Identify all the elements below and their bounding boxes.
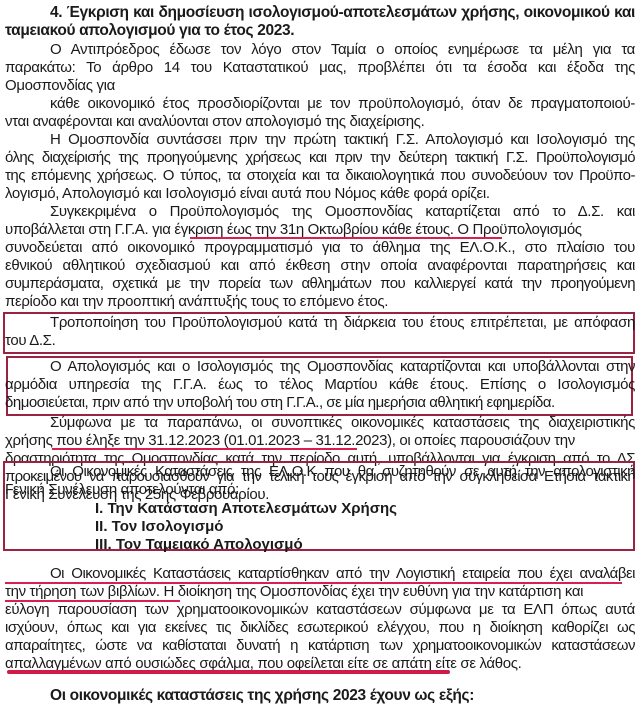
closing-heading: Οι οικονομικές καταστάσεις της χρήσης 20… (50, 687, 639, 705)
paragraph-9-line: απαραίτητες, ώστε να καθίσταται δυνατή η… (5, 637, 635, 655)
boxed-paragraph-6-line: δημοσιεύεται, πριν από την υποβολή του σ… (5, 394, 635, 412)
red-underline-annotation (7, 670, 450, 674)
statement-item: I. Την Κατάσταση Αποτελεσμάτων Χρήσης (95, 500, 397, 518)
paragraph-3-line: όλης διαχείρισής της προηγούμενης χρήσεω… (5, 149, 635, 167)
paragraph-1-line: Ο Αντιπρόεδρος έδωσε τον λόγο στον Ταμία… (5, 41, 635, 59)
boxed-paragraph-8-line: Γενική Συνέλευση αποτελούνται από: (5, 481, 635, 499)
paragraph-4-line: Συγκεκριμένα ο Προϋπολογισμός της Ομοσπο… (5, 203, 635, 221)
paragraph-3-line: λογισμό, Απολογισμό και Ισολογισμό είναι… (5, 185, 635, 203)
paragraph-9-line: Οι Οικονομικές Καταστάσεις καταρτίσθηκαν… (5, 565, 635, 583)
text-segment: Ο Προϋπολογισμός (454, 221, 582, 238)
paragraph-4-line: συνοδεύεται από οικονομικό προγραμματισμ… (5, 239, 635, 257)
boxed-paragraph-6-line: αρμόδια υπηρεσία της Γ.Γ.Α. έως το τέλος… (5, 376, 635, 394)
paragraph-9-line: ισχύουν, όπως και για εκείνες τις δικλίδ… (5, 619, 635, 637)
section-heading-line-2: ταμειακού απολογισμού για το έτος 2023. (5, 22, 635, 40)
paragraph-1-line: παρακάτω: Το άρθρο 14 του Καταστατικού μ… (5, 59, 635, 77)
underlined-bookkeeping: την τήρηση των βιβλίων. (5, 583, 160, 600)
paragraph-2-line: νται αναφέρονται και αναλύονται στον απο… (5, 113, 635, 131)
boxed-paragraph-8-line: Οι Οικονομικές Καταστάσεις της ΕΛ.Ο.Κ πο… (5, 463, 635, 481)
text-segment: Η διοίκηση της Ομοσπονδίας έχει την ευθύ… (160, 583, 583, 600)
paragraph-2-line: κάθε οικονομικό έτος προσδιορίζονται με … (5, 95, 635, 113)
paragraph-1-line: Ομοσπονδίας για (5, 77, 635, 95)
boxed-paragraph-5-line: του Δ.Σ. (5, 332, 635, 350)
paragraph-3-line: της επόμενης χρήσεως. Ο τύπος, τα στοιχε… (5, 167, 635, 185)
paragraph-4-line: εθνικού αθλητικού σχεδιασμού και από έκθ… (5, 257, 635, 275)
section-heading-line-1: 4. Έγκριση και δημοσίευση ισολογισμού-απ… (5, 4, 635, 22)
underlined-deadline: για έγκριση έως την 31η Οκτωβρίου κάθε έ… (152, 221, 454, 238)
statement-item: II. Τον Ισολογισμό (95, 518, 223, 536)
underlined-period: που έληξε την 31.12.2023 (01.01.2023 – 3… (56, 432, 395, 449)
paragraph-9-line-underlined: την τήρηση των βιβλίων. Η διοίκηση της Ο… (5, 583, 635, 601)
boxed-paragraph-6-line: Ο Απολογισμός και ο Ισολογισμός της Ομοσ… (5, 358, 635, 376)
paragraph-4-line: συμπεράσματα, σχετικά με την πορεία των … (5, 275, 635, 293)
text-segment: οι οποίες παρουσιάζουν την (396, 432, 575, 449)
text-segment: υποβάλλεται στη Γ.Γ.Α. (5, 221, 152, 238)
document-page: 4. Έγκριση και δημοσίευση ισολογισμού-απ… (0, 0, 639, 709)
paragraph-9-line: εύλογη παρουσίαση των χρηματοοικονομικών… (5, 601, 635, 619)
paragraph-4-line: περίοδο και την προοπτική ανάπτυξής τους… (5, 293, 635, 311)
paragraph-7-line: Σύμφωνα με τα παραπάνω, οι συνοπτικές οι… (5, 414, 635, 432)
text-segment: χρήσης (5, 432, 56, 449)
statement-item: III. Τον Ταμειακό Απολογισμό (95, 536, 303, 554)
boxed-paragraph-5-line: Τροποποίηση του Προϋπολογισμού κατά τη δ… (5, 314, 635, 332)
paragraph-3-line: Η Ομοσπονδία συντάσσει πριν την πρώτη τα… (5, 131, 635, 149)
